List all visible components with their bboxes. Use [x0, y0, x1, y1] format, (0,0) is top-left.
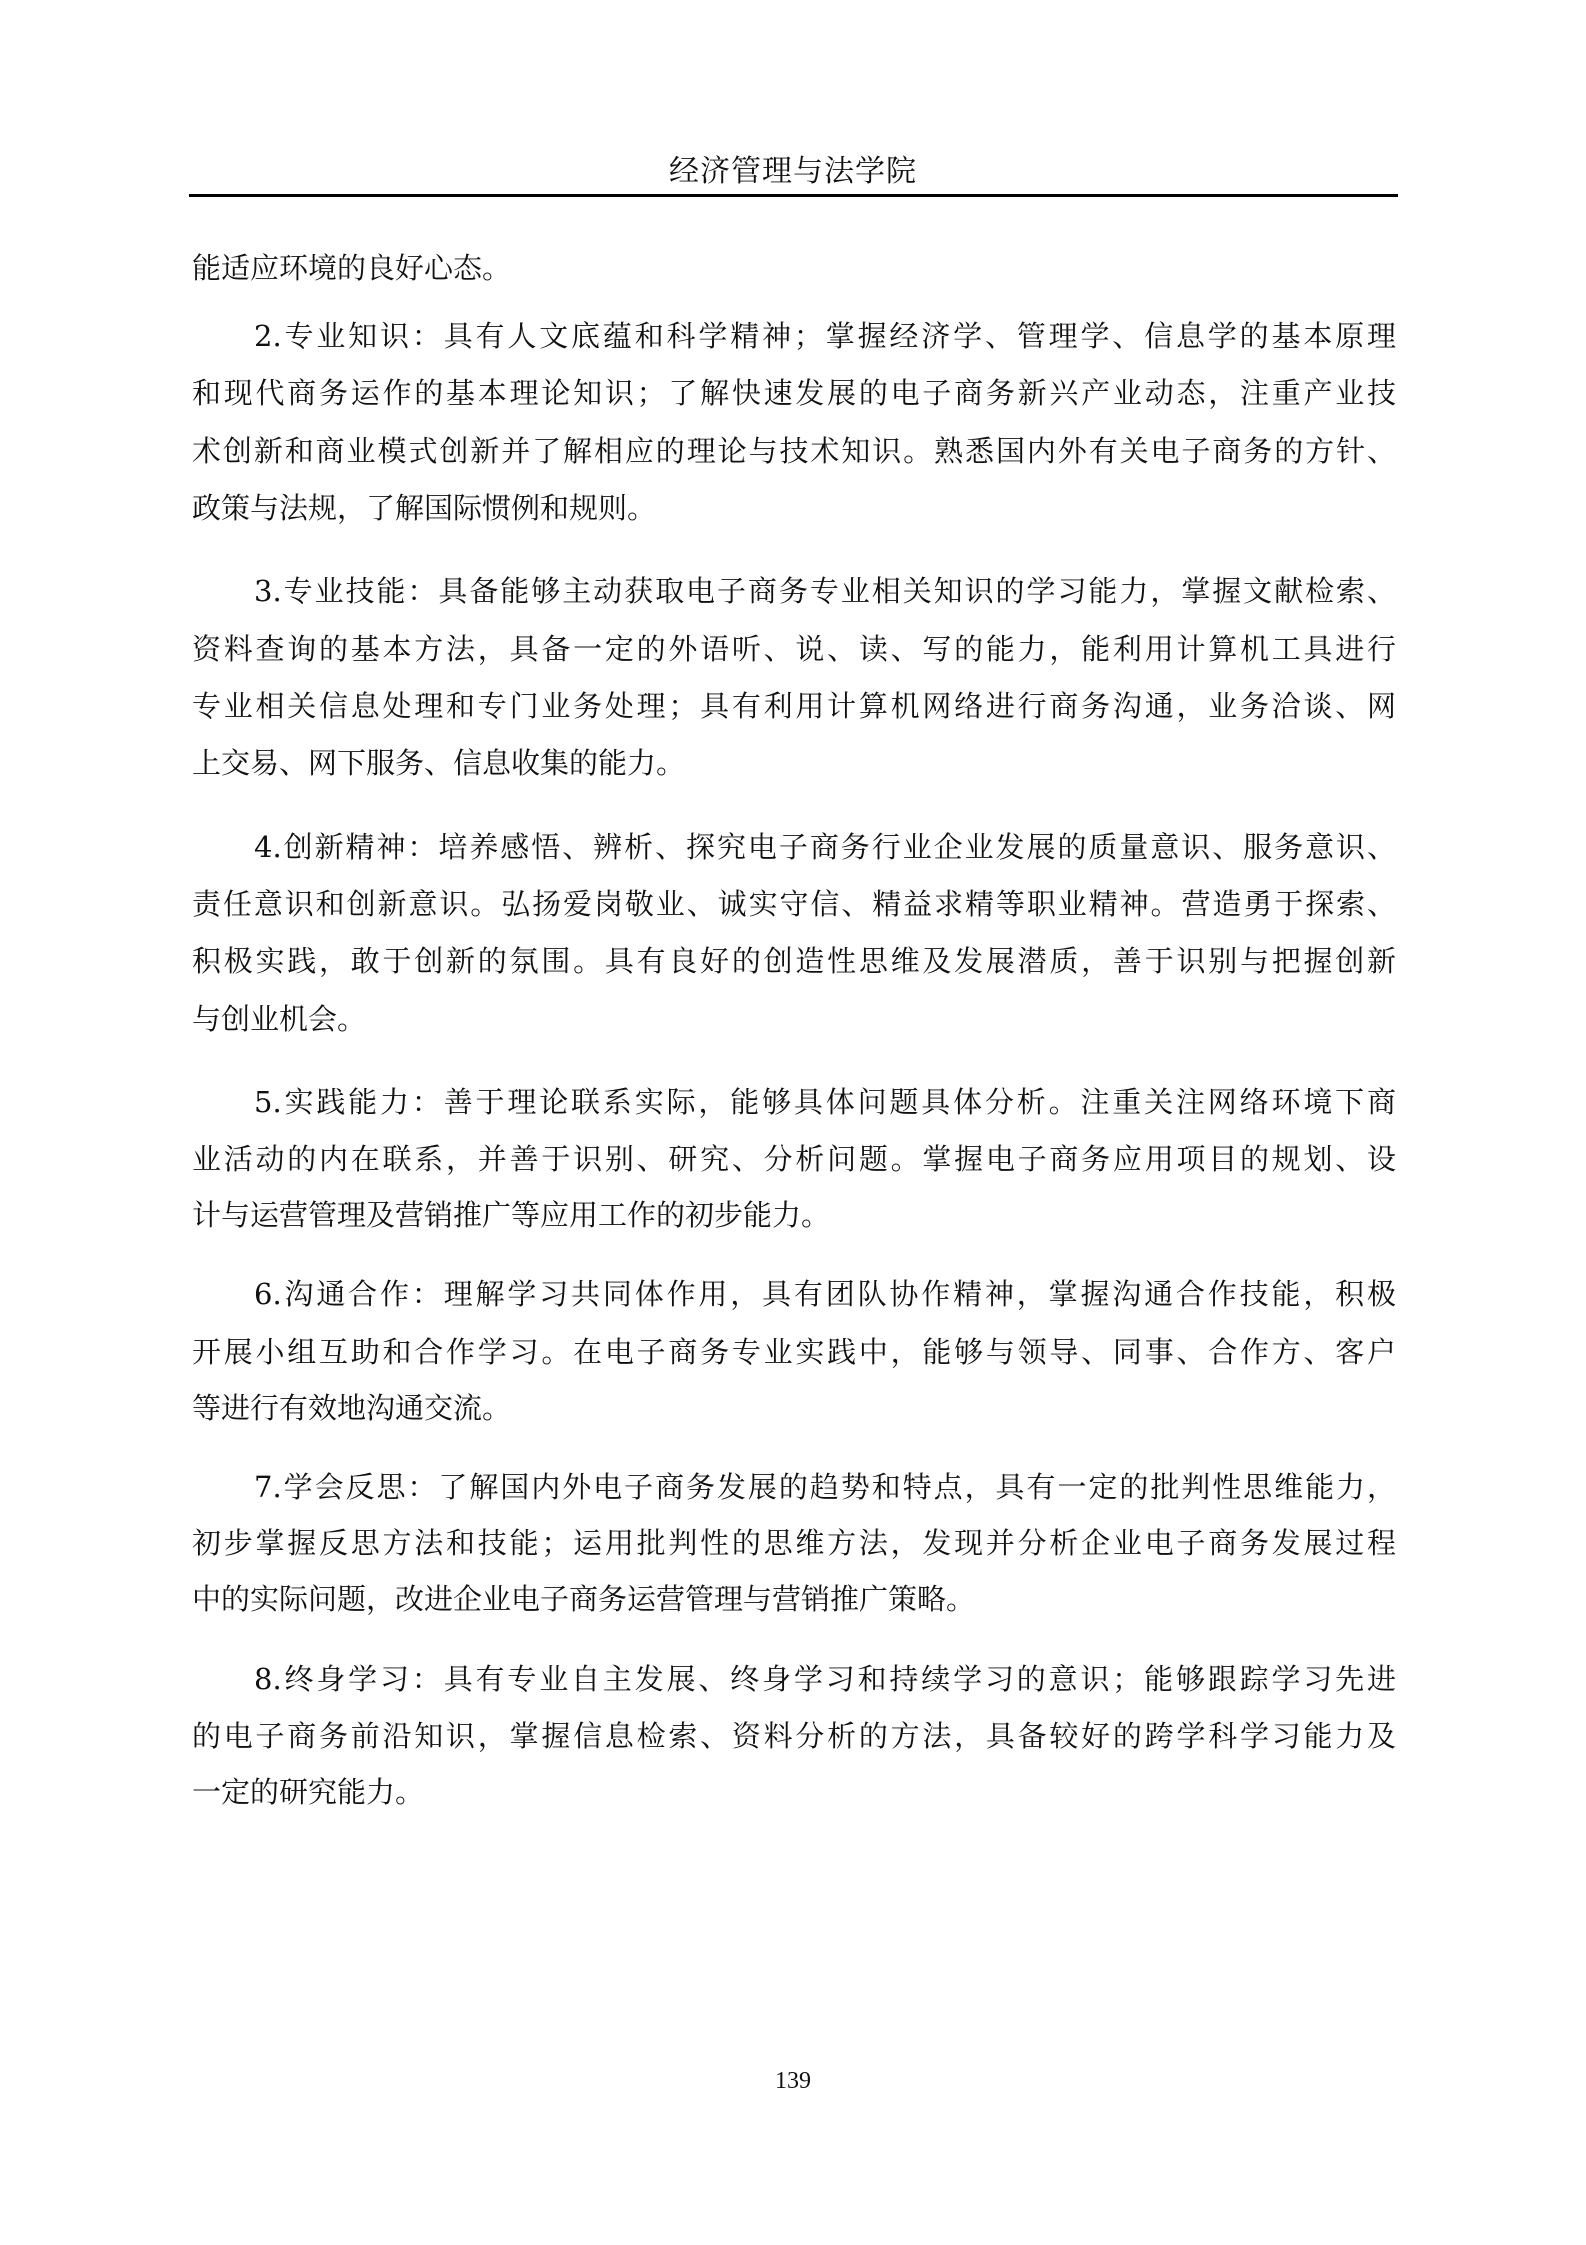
paragraph-5-line-3: 计与运营管理及营销推广等应用工作的初步能力。: [192, 1195, 1396, 1235]
paragraph-7-line-3: 中的实际问题，改进企业电子商务运营管理与营销推广策略。: [192, 1579, 1396, 1619]
paragraph-7-line-1: 7.学会反思：了解国内外电子商务发展的趋势和特点，具有一定的批判性思维能力，: [254, 1467, 1396, 1507]
paragraph-8-line-3: 一定的研究能力。: [192, 1772, 1396, 1812]
paragraph-1-line-1: 能适应环境的良好心态。: [192, 248, 1396, 288]
paragraph-2-line-1: 2.专业知识：具有人文底蕴和科学精神；掌握经济学、管理学、信息学的基本原理: [254, 316, 1396, 356]
paragraph-2-line-2: 和现代商务运作的基本理论知识；了解快速发展的电子商务新兴产业动态，注重产业技: [192, 373, 1396, 413]
page-header-title: 经济管理与法学院: [0, 152, 1586, 192]
page-number: 139: [0, 2064, 1586, 2098]
paragraph-3-line-3: 专业相关信息处理和专门业务处理；具有利用计算机网络进行商务沟通，业务洽谈、网: [192, 686, 1396, 726]
paragraph-4-line-1: 4.创新精神：培养感悟、辨析、探究电子商务行业企业发展的质量意识、服务意识、: [254, 827, 1396, 867]
paragraph-8-line-1: 8.终身学习：具有专业自主发展、终身学习和持续学习的意识；能够跟踪学习先进: [254, 1659, 1396, 1699]
paragraph-3-line-4: 上交易、网下服务、信息收集的能力。: [192, 743, 1396, 783]
paragraph-4-line-2: 责任意识和创新意识。弘扬爱岗敬业、诚实守信、精益求精等职业精神。营造勇于探索、: [192, 884, 1396, 924]
paragraph-3-line-1: 3.专业技能：具备能够主动获取电子商务专业相关知识的学习能力，掌握文献检索、: [254, 571, 1396, 611]
paragraph-2-line-4: 政策与法规，了解国际惯例和规则。: [192, 488, 1396, 528]
header-divider: [189, 194, 1398, 197]
paragraph-3-line-2: 资料查询的基本方法，具备一定的外语听、说、读、写的能力，能利用计算机工具进行: [192, 629, 1396, 669]
paragraph-5-line-1: 5.实践能力：善于理论联系实际，能够具体问题具体分析。注重关注网络环境下商: [254, 1082, 1396, 1122]
paragraph-4-line-3: 积极实践，敢于创新的氛围。具有良好的创造性思维及发展潜质，善于识别与把握创新: [192, 941, 1396, 981]
paragraph-6-line-2: 开展小组互助和合作学习。在电子商务专业实践中，能够与领导、同事、合作方、客户: [192, 1332, 1396, 1372]
paragraph-5-line-2: 业活动的内在联系，并善于识别、研究、分析问题。掌握电子商务应用项目的规划、设: [192, 1139, 1396, 1179]
paragraph-4-line-4: 与创业机会。: [192, 999, 1396, 1039]
paragraph-6-line-1: 6.沟通合作：理解学习共同体作用，具有团队协作精神，掌握沟通合作技能，积极: [254, 1274, 1396, 1314]
paragraph-6-line-3: 等进行有效地沟通交流。: [192, 1388, 1396, 1428]
paragraph-7-line-2: 初步掌握反思方法和技能；运用批判性的思维方法，发现并分析企业电子商务发展过程: [192, 1523, 1396, 1563]
paragraph-2-line-3: 术创新和商业模式创新并了解相应的理论与技术知识。熟悉国内外有关电子商务的方针、: [192, 431, 1396, 471]
paragraph-8-line-2: 的电子商务前沿知识，掌握信息检索、资料分析的方法，具备较好的跨学科学习能力及: [192, 1716, 1396, 1756]
